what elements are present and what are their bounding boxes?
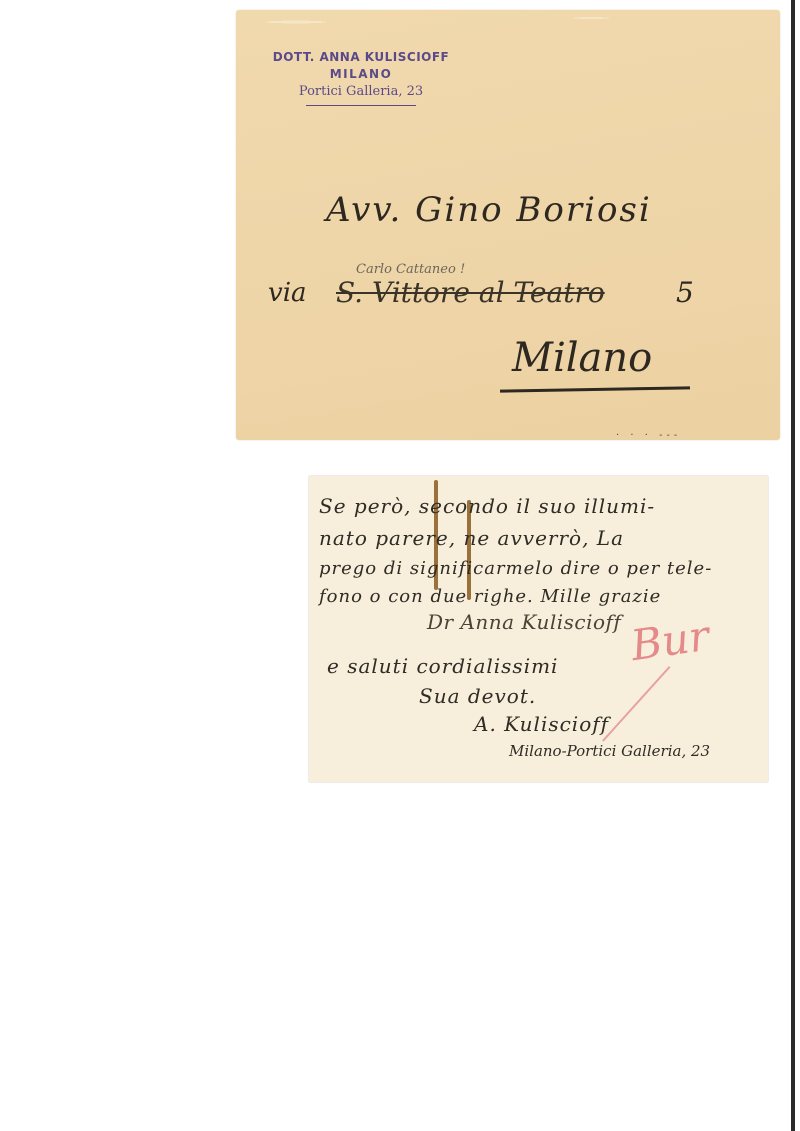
card-text-line: fono o con due righe. Mille grazie — [319, 586, 661, 607]
envelope: DOTT. ANNA KULISCIOFF MILANO Portici Gal… — [236, 10, 780, 440]
signature: A. Kuliscioff — [474, 712, 609, 736]
address-via-label: via — [268, 278, 307, 308]
printed-address: Milano-Portici Galleria, 23 — [509, 742, 710, 760]
city-underline — [500, 386, 690, 392]
card-text-line: nato parere, ne avverrò, La — [319, 526, 624, 550]
closing-line: e saluti cordialissimi — [327, 654, 558, 678]
stamp-address: Portici Galleria, 23 — [256, 84, 466, 99]
address-correction: Carlo Cattaneo ! — [356, 262, 465, 277]
card-text-line: Se però, secondo il suo illumi- — [319, 494, 655, 518]
envelope-marks: · · · --- — [616, 430, 681, 441]
closing-line: Sua devot. — [419, 684, 536, 708]
red-slash-mark — [602, 666, 670, 742]
sender-stamp: DOTT. ANNA KULISCIOFF MILANO Portici Gal… — [256, 50, 466, 106]
address-number: 5 — [676, 276, 694, 309]
printed-name: Dr Anna Kuliscioff — [427, 610, 621, 634]
address-street-struck: S. Vittore al Teatro — [336, 276, 605, 309]
recipient-city: Milano — [512, 335, 652, 381]
stamp-rule — [306, 105, 416, 106]
stamp-city: MILANO — [256, 67, 466, 81]
recipient-name: Avv. Gino Boriosi — [326, 190, 652, 230]
stamp-name: DOTT. ANNA KULISCIOFF — [256, 50, 466, 64]
card-text-line: prego di significarmelo dire o per tele- — [319, 558, 712, 579]
scanner-edge-line — [791, 0, 795, 1131]
red-annotation: Bur — [628, 611, 712, 670]
visiting-card: Se però, secondo il suo illumi- nato par… — [309, 476, 768, 782]
envelope-torn-edge — [236, 0, 780, 24]
